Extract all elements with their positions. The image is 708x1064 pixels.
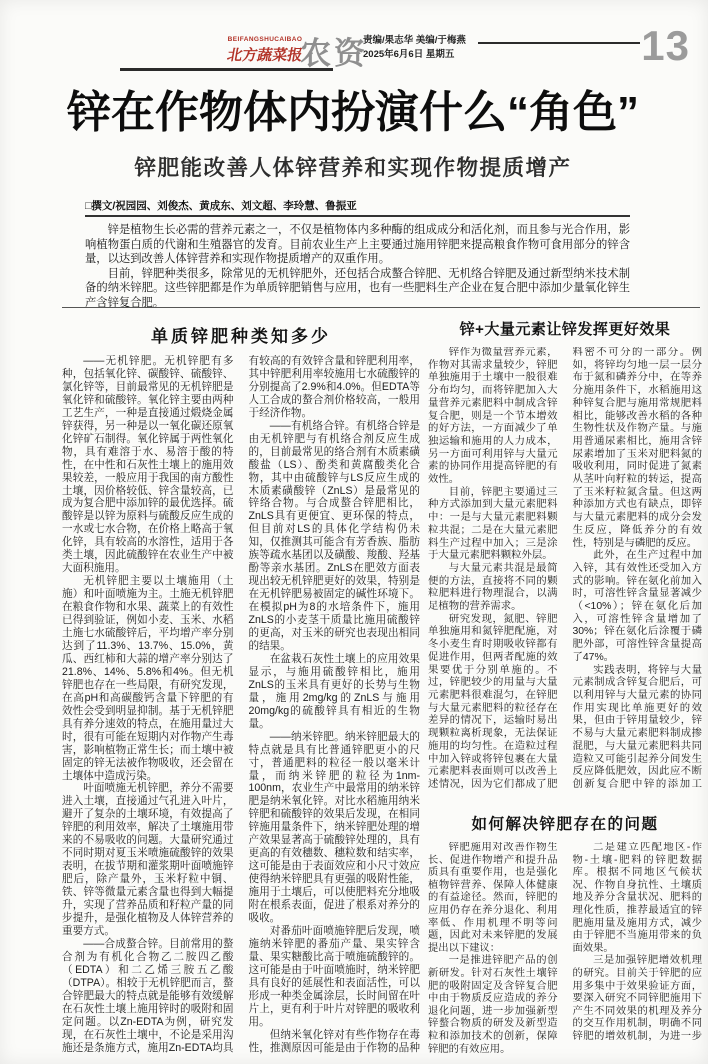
article-intro: 锌是植物生长必需的营养元素之一，不仅是植物体内多种酶的组成成分和活化剂，而且参与… bbox=[85, 223, 630, 311]
body-paragraph: 无机锌肥主要以土壤施用（土施）和叶面喷施为主。土施无机锌肥在粮食作物和水果、蔬菜… bbox=[62, 575, 234, 782]
body-paragraph: 叶面喷施无机锌肥，养分不需要进入土壤，直接通过气孔进入叶片，避开了复杂的土壤环境… bbox=[62, 782, 234, 937]
body-paragraph: 一是推进锌肥产品的创新研发。针对石灰性土壤锌肥的吸附固定及含锌复合肥中由于物质反… bbox=[428, 955, 558, 1056]
byline: □撰文/祝园园、刘俊杰、黄成东、刘文超、李玲慧、鲁振亚 bbox=[85, 198, 357, 213]
section-heading: 单质锌肥种类知多少 bbox=[62, 322, 420, 347]
intro-divider bbox=[62, 307, 700, 308]
section-heading: 如何解决锌肥存在的问题 bbox=[428, 812, 702, 834]
date-line: 2025年6月6日 星期五 bbox=[363, 48, 466, 62]
page-number: 13 bbox=[641, 22, 690, 70]
section-heading: 锌+大量元素让锌发挥更好效果 bbox=[428, 318, 702, 339]
intro-paragraph: 锌是植物生长必需的营养元素之一，不仅是植物体内多种酶的组成成分和活化剂，而且参与… bbox=[85, 223, 630, 267]
section-label: 农资 bbox=[300, 28, 368, 73]
body-paragraph: 在盆栽石灰性土壤上的应用效果显示，与施用硫酸锌相比，施用ZnLS的玉米具有更好的… bbox=[249, 653, 421, 731]
section-columns: ——无机锌肥。无机锌肥有多种，包括氧化锌、碳酸锌、硫酸锌、氯化锌等，目前最常见的… bbox=[62, 355, 420, 1061]
newspaper-page: BEIFANGSHUCAIBAO 北方蔬菜报 农资 责编/果志华 美编/于梅燕 … bbox=[0, 0, 708, 1064]
body-paragraph: 锌作为微量营养元素，作物对其需求量较少，锌肥单独施用于土壤中一般很难分布均匀，而… bbox=[428, 347, 558, 487]
section-columns: 锌作为微量营养元素，作物对其需求量较少，锌肥单独施用于土壤中一般很难分布均匀，而… bbox=[428, 347, 702, 803]
intro-paragraph: 目前，锌肥种类很多，除常见的无机锌肥外，还包括合成螯合锌肥、无机络合锌肥及通过新… bbox=[85, 267, 630, 311]
body-paragraph: 锌肥施用对改善作物生长、促进作物增产和提升品质具有重要作用，也是强化植物锌营养、… bbox=[428, 842, 558, 955]
body-paragraph: 此外，在生产过程中加入锌，其有效性还受加入方式的影响。锌在氨化前加入时，可溶性锌… bbox=[573, 550, 703, 664]
masthead-pinyin: BEIFANGSHUCAIBAO bbox=[225, 36, 305, 43]
body-paragraph: 对番茄叶面喷施锌肥后发现，喷施纳米锌肥的番茄产量、果实锌含量、果实糖酸比高于喷施… bbox=[249, 925, 421, 1029]
masthead-logo: 北方蔬菜报 bbox=[223, 44, 307, 65]
article-subtitle: 锌肥能改善人体锌营养和实现作物提质增产 bbox=[60, 151, 646, 182]
header-divider bbox=[478, 42, 640, 44]
section-solving-zinc-fertilizer-problems: 如何解决锌肥存在的问题 锌肥施用对改善作物生长、促进作物增产和提升品质具有重要作… bbox=[428, 812, 702, 1064]
body-paragraph: 二是建立匹配地区-作物-土壤-肥料的锌肥数据库。根据不同地区气候状况、作物自身抗… bbox=[573, 842, 703, 955]
editors-line: 责编/果志华 美编/于梅燕 bbox=[363, 34, 466, 48]
edition-info: 责编/果志华 美编/于梅燕 2025年6月6日 星期五 bbox=[363, 34, 466, 61]
section-zinc-plus-macronutrients: 锌+大量元素让锌发挥更好效果 锌作为微量营养元素，作物对其需求量较少，锌肥单独施… bbox=[428, 318, 702, 808]
newspaper-masthead: BEIFANGSHUCAIBAO 北方蔬菜报 bbox=[225, 36, 305, 65]
byline-divider bbox=[85, 215, 630, 217]
body-paragraph: 目前，锌肥主要通过三种方式添加到大量元素肥料中：一是与大量元素肥料颗粒共混；二是… bbox=[428, 487, 558, 563]
body-paragraph: ——有机络合锌。有机络合锌是由无机锌肥与有机络合剂反应生成的，目前最常见的络合剂… bbox=[249, 420, 421, 653]
body-paragraph: ——纳米锌肥。纳米锌肥最大的特点就是具有比普通锌肥更小的尺寸，普通肥料的粒径一般… bbox=[249, 731, 421, 925]
body-paragraph: 与大量元素共混是最简便的方法，直接将不同的颗粒肥料进行物理混合，以满足植物的营养… bbox=[428, 563, 558, 614]
headline-block: 锌在作物体内扮演什么“角色” 锌肥能改善人体锌营养和实现作物提质增产 bbox=[60, 88, 646, 182]
body-paragraph: ——无机锌肥。无机锌肥有多种，包括氧化锌、碳酸锌、硫酸锌、氯化锌等，目前最常见的… bbox=[62, 355, 234, 575]
section-zinc-fertilizer-types: 单质锌肥种类知多少 ——无机锌肥。无机锌肥有多种，包括氧化锌、碳酸锌、硫酸锌、氯… bbox=[62, 322, 420, 1064]
section-columns: 锌肥施用对改善作物生长、促进作物增产和提升品质具有重要作用，也是强化植物锌营养、… bbox=[428, 842, 702, 1058]
article-title: 锌在作物体内扮演什么“角色” bbox=[60, 88, 646, 139]
